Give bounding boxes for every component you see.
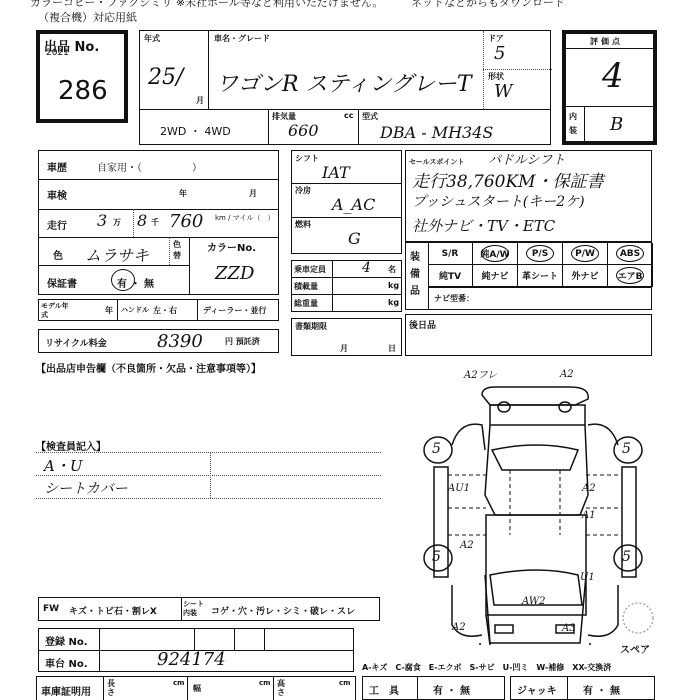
equipment-item: 純A/W [473, 243, 518, 265]
damage-mark: A2 [452, 622, 466, 633]
garage-label: 車庫証明用 [41, 683, 91, 698]
year-value: 25/ [148, 65, 183, 90]
equipment-item: 革シート [518, 265, 563, 287]
seller-notes-label: 【出品店申告欄（不良箇所・欠品・注意事項等）】 [36, 360, 261, 375]
tire-grade: 5 [432, 441, 441, 457]
damage-legend: A-キズ C-腐食 E-エクボ S-サビ U-凹ミ W-補修 XX-交換済 [362, 662, 611, 673]
tools-options: 有 ・ 無 [433, 682, 470, 697]
interior-value: B [610, 114, 623, 135]
load-label: 積載量 [294, 281, 318, 292]
seat-label: シート内装 [183, 600, 205, 618]
ac-value: A_AC [332, 195, 375, 214]
recycle-box: リサイクル料金 8390 円 預託済 [38, 329, 279, 353]
tire-grade: 5 [432, 549, 441, 565]
reg-label: 登録 No. [45, 633, 88, 648]
color-no-value: ZZD [215, 263, 254, 284]
doc-day: 日 [388, 343, 396, 354]
inspector-line: A・U [44, 455, 82, 476]
damage-mark: A2 [560, 369, 574, 380]
chassis-value: 924174 [157, 649, 226, 670]
equipment-label: 装備品 [410, 249, 422, 300]
sales-line: プッシュスタート(キー2ケ) [412, 191, 585, 211]
displacement-unit: cc [344, 111, 353, 120]
door-value: 5 [494, 43, 505, 64]
vehicle-box: 年式 25/ 月 車名・グレード ワゴンR スティングレーT ドア 5 形状 W… [139, 30, 551, 145]
seat-options: コゲ・穴・汚レ・シミ・破レ・スレ [211, 604, 355, 617]
ac-label: 冷房 [295, 185, 311, 196]
sales-line: 社外ナビ・TV・ETC [412, 215, 555, 236]
specs-box: シフト IAT 冷房 A_AC 燃料 G [291, 150, 402, 254]
shape-value: W [494, 81, 513, 102]
sales-point-box: セールスポイント パドルシフト 走行38,760KM・保証書 プッシュスタート(… [405, 150, 652, 242]
score-box: 評価点 4 内装 B [562, 30, 657, 145]
equipment-item: P/S [518, 243, 563, 265]
spare-label: スペア [620, 641, 650, 656]
mileage-man: 3 [97, 211, 107, 230]
doc-label: 書類期限 [295, 321, 327, 332]
color-value: ムラサキ [85, 243, 149, 266]
length-label: 長さ [107, 679, 117, 697]
inspector-line: シートカバー [44, 478, 128, 498]
mileage-label: 走行 [47, 217, 67, 232]
model-year-box: モデル年式 年 ハンドル 左・右 ディーラー・並行 [38, 299, 279, 321]
equipment-circle [616, 267, 644, 284]
width-label: 幅 [193, 683, 201, 694]
lot-year: 2021 [46, 48, 69, 58]
equipment-circle [481, 245, 509, 262]
lot-box: 出品 No. 2021 286 [36, 30, 128, 123]
width-unit: cm [259, 679, 270, 687]
displacement-value: 660 [288, 121, 319, 140]
name-value: ワゴンR スティングレーT [216, 67, 472, 98]
sales-line: パドルシフト [488, 149, 565, 168]
lot-number: 286 [58, 76, 108, 106]
score-label: 評価点 [590, 36, 623, 47]
mileage-man-unit: 万 [113, 217, 121, 228]
shift-label: シフト [295, 153, 319, 164]
score-overall: 4 [602, 56, 624, 96]
usage-label: 車歴 [47, 159, 67, 174]
fuel-value: G [348, 229, 361, 248]
warranty-circle [111, 269, 135, 291]
model-year-label: モデル年式 [41, 302, 71, 320]
registration-box: 登録 No. 車台 No. 924174 [38, 628, 354, 672]
chassis-label: 車台 No. [45, 655, 88, 670]
height-label: 高さ [277, 679, 287, 697]
inspection-label: 車検 [47, 187, 67, 202]
color-change-label: 色替 [173, 239, 183, 261]
inspection-year: 年 [179, 188, 187, 199]
handle-label: ハンドル [121, 305, 149, 315]
doc-box: 書類期限 月 日 [291, 318, 402, 356]
equipment-item: P/W [563, 243, 608, 265]
tools-label: 工 具 [369, 682, 399, 697]
fuel-label: 燃料 [295, 219, 311, 230]
inspection-month: 月 [249, 188, 257, 199]
capacity-box: 乗車定員 4 名 積載量 kg 総重量 kg [291, 260, 402, 312]
damage-mark: U1 [580, 572, 595, 583]
fw-options: キズ・トビ石・割レX [69, 604, 157, 617]
damage-mark: A2フレ [464, 366, 497, 381]
gross-label: 総重量 [294, 298, 318, 309]
history-box: 車歴 自家用・（ ） 車検 年 月 走行 3 万 8 千 760 km / マイ… [38, 150, 279, 295]
doc-month: 月 [340, 343, 348, 354]
later-items-box: 後日品 [405, 314, 652, 356]
length-unit: cm [173, 679, 184, 687]
damage-mark: A2 [460, 540, 474, 551]
mileage-rest: 760 [169, 211, 203, 232]
paper-note: （複合機）対応用紙 [38, 9, 137, 25]
fw-label: FW [43, 604, 59, 614]
gross-unit: kg [388, 298, 399, 307]
load-unit: kg [388, 281, 399, 290]
capacity-value: 4 [362, 260, 371, 276]
equipment-item: ABS [608, 243, 653, 265]
jack-label: ジャッキ [517, 682, 557, 697]
mileage-unit: km / マイル（ ） [215, 213, 275, 223]
fw-box: FW キズ・トビ石・割レX シート内装 コゲ・穴・汚レ・シミ・破レ・スレ [38, 597, 380, 621]
equipment-item: 外ナビ [563, 265, 608, 287]
equipment-item: 純TV [428, 265, 473, 287]
garage-box: 車庫証明用 長さ cm 幅 cm 高さ cm [36, 676, 356, 700]
tire-grade: 5 [622, 441, 631, 457]
tools-box: 工 具 有 ・ 無 [362, 676, 505, 700]
year-label: 年式 [144, 33, 160, 44]
dealer-options: ディーラー・並行 [203, 305, 266, 316]
tire-grade: 5 [622, 549, 631, 565]
recycle-value: 8390 [157, 331, 203, 352]
equipment-item: 純ナビ [473, 265, 518, 287]
shift-value: IAT [322, 163, 350, 182]
model-value: DBA - MH34S [380, 123, 493, 142]
drive-options: 2WD ・ 4WD [160, 123, 231, 139]
usage-value: 自家用・（ ） [97, 159, 202, 174]
sales-line: 走行38,760KM・保証書 [412, 167, 604, 192]
mileage-sen-unit: 千 [151, 217, 159, 228]
warranty-label: 保証書 [47, 275, 77, 290]
navi-label: ナビ型番： [434, 293, 474, 304]
model-label: 型式 [362, 111, 378, 122]
equipment-circle [616, 245, 644, 262]
handle-options: 左・右 [153, 305, 177, 316]
color-no-label: カラーNo. [207, 239, 256, 254]
equipment-circle [526, 245, 554, 262]
color-label: 色 [53, 247, 63, 262]
recycle-label: リサイクル料金 [45, 336, 107, 349]
sales-point-label: セールスポイント [409, 157, 464, 167]
later-items-label: 後日品 [409, 318, 436, 331]
damage-mark: A3 [562, 623, 576, 634]
jack-options: 有 ・ 無 [583, 682, 620, 697]
capacity-label: 乗車定員 [294, 264, 326, 275]
interior-label: 内装 [569, 110, 581, 138]
damage-mark: AW2 [522, 596, 545, 607]
equipment-circle [571, 245, 599, 262]
inspector-label: 【検査員記入】 [36, 438, 106, 453]
capacity-unit: 名 [388, 264, 396, 275]
name-label: 車名・グレード [214, 33, 270, 44]
mileage-sen: 8 [137, 211, 147, 230]
recycle-unit: 円 預託済 [225, 336, 260, 347]
jack-box: ジャッキ 有 ・ 無 [510, 676, 655, 700]
height-unit: cm [339, 679, 350, 687]
equipment-item: エアB [608, 265, 653, 287]
damage-mark: A1 [582, 510, 596, 521]
equipment-box: 装備品 S/R純A/WP/SP/WABS純TV純ナビ革シート外ナビエアB ナビ型… [405, 242, 652, 310]
model-year-unit: 年 [105, 305, 113, 316]
damage-mark: A2 [582, 483, 596, 494]
equipment-item: S/R [428, 243, 473, 265]
damage-mark: AU1 [448, 483, 470, 494]
month-label: 月 [196, 95, 204, 106]
